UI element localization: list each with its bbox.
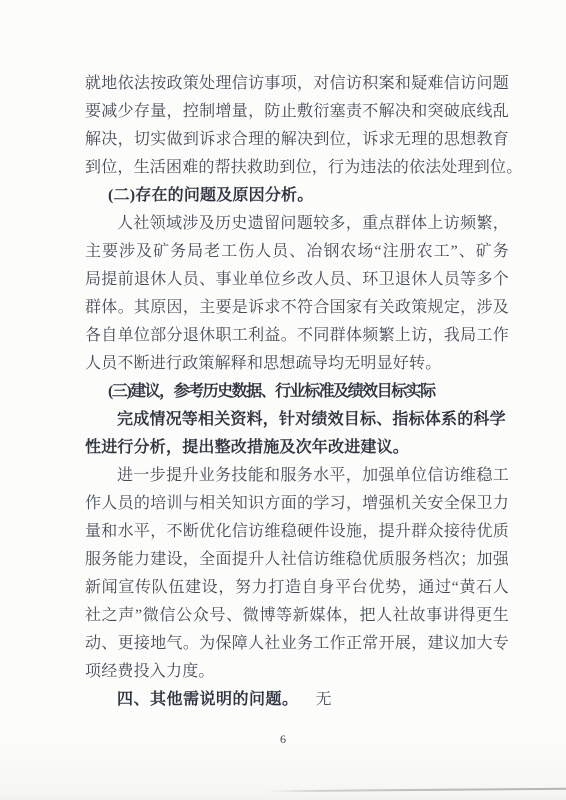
body-line: 项经费投入力度。 (85, 658, 509, 686)
body-line: 动、更接地气。为保障人社业务工作正常开展，建议加大专 (85, 630, 509, 658)
body-line: 解决，切实做到诉求合理的解决到位，诉求无理的思想教育 (85, 126, 509, 154)
body-line: 人社领域涉及历史遗留问题较多，重点群体上访频繁， (85, 210, 509, 238)
section-heading: (三)建议，参考历史数据、行业标准及绩效目标实际 (85, 378, 509, 406)
section-heading: 四、其他需说明的问题。无 (85, 686, 509, 714)
body-line: 进一步提升业务技能和服务水平，加强单位信访维稳工 (85, 462, 509, 490)
body-line: 新闻宣传队伍建设，努力打造自身平台优势，通过“黄石人 (85, 574, 509, 602)
body-line: 群体。其原因，主要是诉求不符合国家有关政策规定，涉及 (85, 294, 509, 322)
document-body: 就地依法按政策处理信访事项，对信访积案和疑难信访问题要减少存量，控制增量，防止敷… (85, 70, 509, 714)
scan-artifact-line (264, 788, 566, 793)
body-line: 就地依法按政策处理信访事项，对信访积案和疑难信访问题 (85, 70, 509, 98)
body-line: 要减少存量，控制增量，防止敷衍塞责不解决和突破底线乱 (85, 98, 509, 126)
body-line: 人员不断进行政策解释和思想疏导均无明显好转。 (85, 350, 509, 378)
section-heading: (二)存在的问题及原因分析。 (85, 182, 509, 210)
body-line: 主要涉及矿务局老工伤人员、冶钢农场“注册农工”、矿务 (85, 238, 509, 266)
body-line: 局提前退休人员、事业单位乡改人员、环卫退休人员等多个 (85, 266, 509, 294)
heading-text: 四、其他需说明的问题。 (117, 691, 299, 708)
heading-answer: 无 (316, 691, 332, 708)
body-line: 服务能力建设，全面提升人社信访维稳优质服务档次；加强 (85, 546, 509, 574)
document-page: 就地依法按政策处理信访事项，对信访积案和疑难信访问题要减少存量，控制增量，防止敷… (0, 0, 566, 800)
body-line: 作人员的培训与相关知识方面的学习，增强机关安全保卫力 (85, 490, 509, 518)
section-heading: 性进行分析，提出整改措施及次年改进建议。 (85, 434, 509, 462)
body-line: 到位，生活困难的帮扶救助到位，行为违法的依法处理到位。 (85, 154, 509, 182)
body-line: 社之声”微信公众号、微博等新媒体，把人社故事讲得更生 (85, 602, 509, 630)
body-line: 量和水平，不断优化信访维稳硬件设施，提升群众接待优质 (85, 518, 509, 546)
body-line: 各自单位部分退休职工利益。不同群体频繁上访，我局工作 (85, 322, 509, 350)
section-heading: 完成情况等相关资料，针对绩效目标、指标体系的科学 (85, 406, 509, 434)
page-number: 6 (0, 732, 566, 747)
